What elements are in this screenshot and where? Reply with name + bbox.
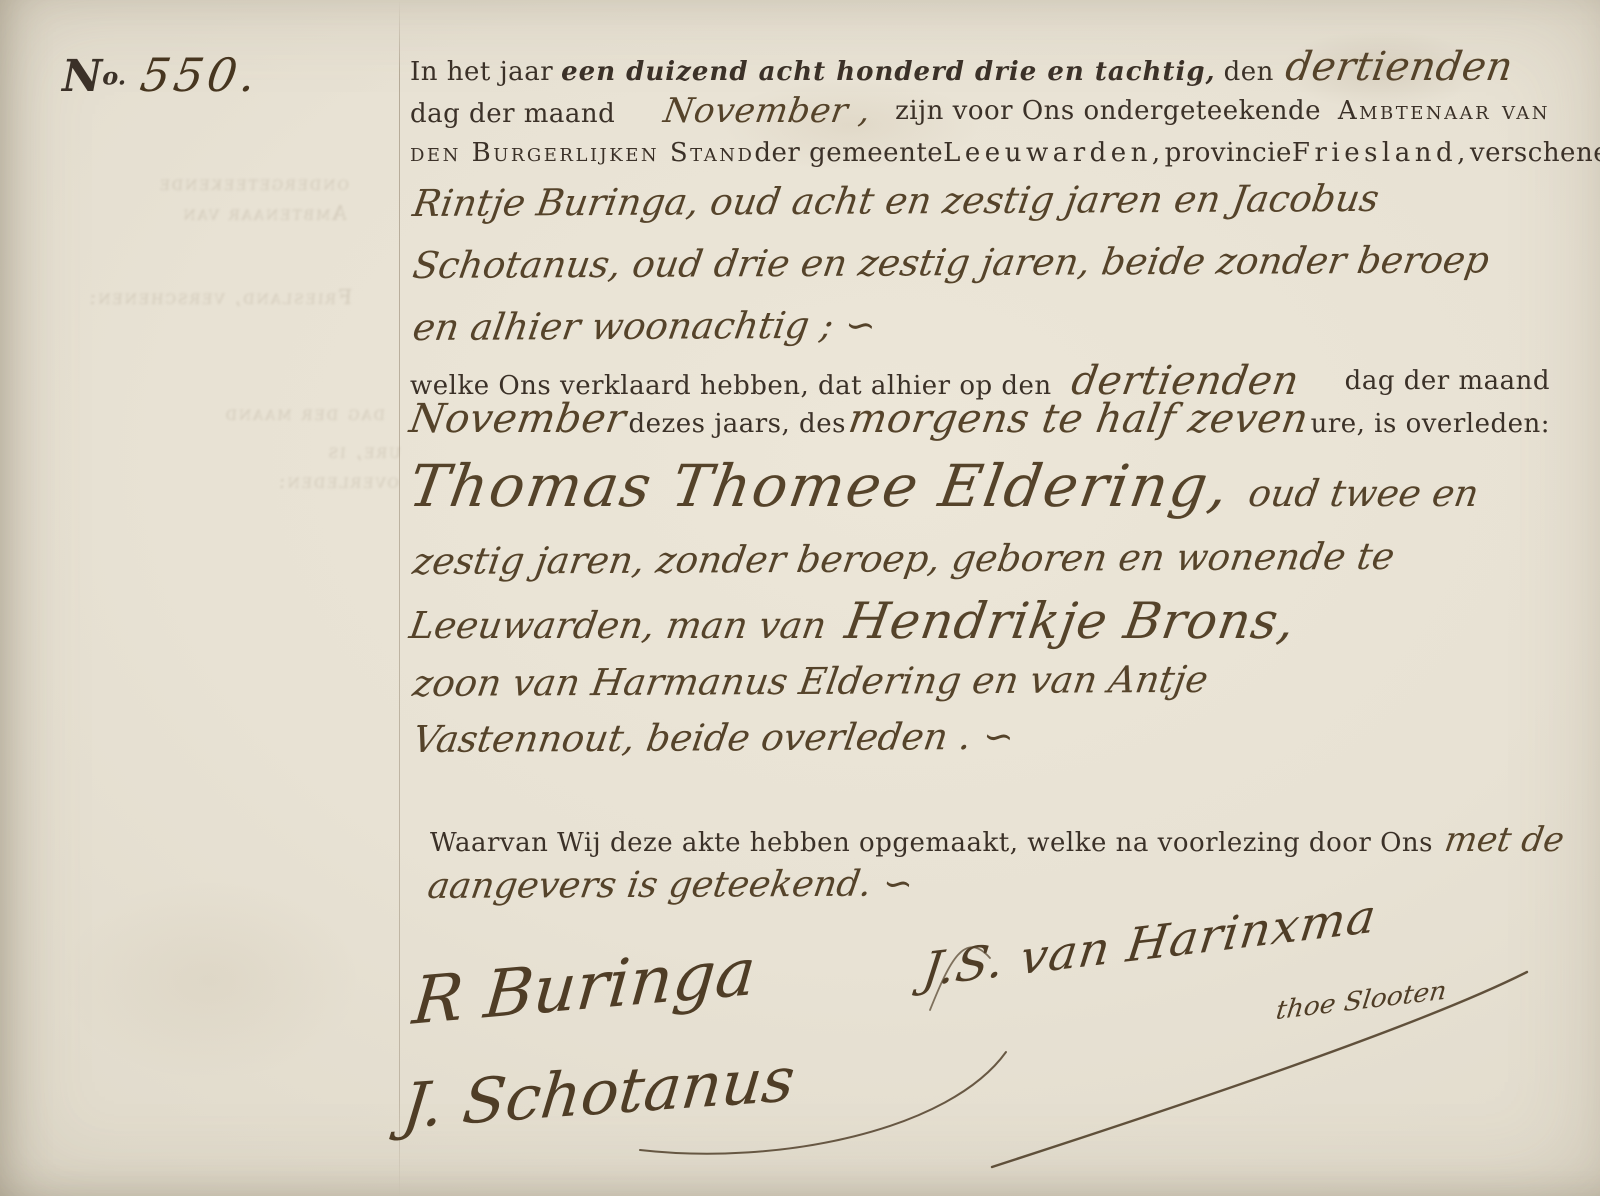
handwritten-death-day: dertienden [1070, 366, 1302, 396]
handwritten-witnesses-line3: en alhier woonachtig ; ∽ [410, 300, 1558, 349]
deceased-spouse-line: Leeuwarden, man van Hendrikje Brons, [410, 592, 1550, 650]
opening-line-registry: den Burgerlijken Stand der gemeente Leeu… [410, 138, 1550, 168]
deceased-parents-line2: Vastennout, beide overleden . ∽ [410, 712, 1558, 761]
print-text: verschenen: [1470, 138, 1600, 168]
declaration-line2: November dezes jaars, des morgens te hal… [410, 404, 1550, 439]
margin-fold-line [399, 0, 400, 1196]
handwritten-text: Leeuwarden, man van [407, 604, 830, 647]
paper-stain [60, 880, 360, 1080]
closing-line1: Waarvan Wij deze akte hebben opgemaakt, … [430, 820, 1550, 860]
bleed-through-text: Friesland, verschenen: [61, 282, 353, 312]
print-text: dag der maand [1345, 366, 1550, 396]
death-certificate-scan: ondergeteekende Ambtenaar van Friesland,… [0, 0, 1600, 1196]
handwritten-witnesses-line2: Schotanus, oud drie en zestig jaren, bei… [410, 238, 1558, 287]
print-text: ure, is overleden: [1311, 409, 1550, 439]
handwritten-spouse-name: Hendrikje Brons, [841, 592, 1299, 650]
handwritten-death-time: morgens te half zeven [846, 404, 1310, 434]
deceased-name-line: Thomas Thomee Eldering, oud twee en [410, 452, 1550, 520]
print-province: Friesland, [1292, 138, 1470, 168]
bleed-through-text: ure, is overleden: [198, 436, 402, 496]
bleed-through-text: ondergeteekende Ambtenaar van [56, 168, 350, 228]
print-text: dag der maand [410, 99, 615, 129]
print-text: dezes jaars, des [628, 409, 845, 439]
print-year-words: een duizend acht honderd drie en tachtig… [561, 57, 1215, 87]
signature-registrar: J.S. van Harinxma [919, 889, 1379, 998]
act-number: No. 550. [62, 48, 260, 102]
print-official-title: Ambtenaar van [1338, 96, 1550, 126]
handwritten-death-month: November [408, 404, 628, 434]
signature-registrar-suffix: thoe Slooten [1274, 976, 1448, 1026]
print-municipality: Leeuwarden, [943, 138, 1165, 168]
signature-witness-buringa: R Buringa [410, 933, 759, 1039]
act-number-ordinal: o. [102, 62, 126, 91]
print-text: der gemeente [754, 138, 943, 168]
opening-line-year: In het jaar een duizend acht honderd dri… [410, 52, 1550, 87]
print-text: In het jaar [410, 57, 553, 87]
deceased-details-line1: zestig jaren, zonder beroep, geboren en … [410, 534, 1558, 583]
bleed-through-text: dag der maand [204, 398, 386, 428]
print-text: zijn voor Ons ondergeteekende [895, 96, 1321, 126]
handwritten-day: dertienden [1283, 52, 1515, 82]
handwritten-text: met de [1442, 820, 1567, 860]
print-text: zijn voor Ons ondergeteekende Ambtenaar … [895, 96, 1550, 126]
handwritten-deceased-name: Thomas Thomee Eldering, [405, 452, 1235, 520]
handwritten-deceased-age: oud twee en [1246, 472, 1482, 515]
print-registry-title: den Burgerlijken Stand [410, 138, 754, 168]
handwritten-month: November , [662, 96, 873, 126]
closing-line2: aangevers is geteekend. ∽ [425, 860, 1572, 907]
act-number-prefix: N [62, 51, 102, 102]
print-text: provincie [1165, 138, 1292, 168]
print-text: Waarvan Wij deze akte hebben opgemaakt, … [430, 828, 1433, 858]
act-number-value: 550. [137, 48, 264, 102]
opening-line-month: dag der maand November , zijn voor Ons o… [410, 96, 1550, 129]
signature-witness-schotanus: J. Schotanus [399, 1043, 798, 1143]
handwritten-witnesses-line1: Rintje Buringa, oud acht en zestig jaren… [410, 176, 1558, 225]
print-text: den [1224, 57, 1274, 87]
deceased-parents-line1: zoon van Harmanus Eldering en van Antje [410, 656, 1558, 705]
